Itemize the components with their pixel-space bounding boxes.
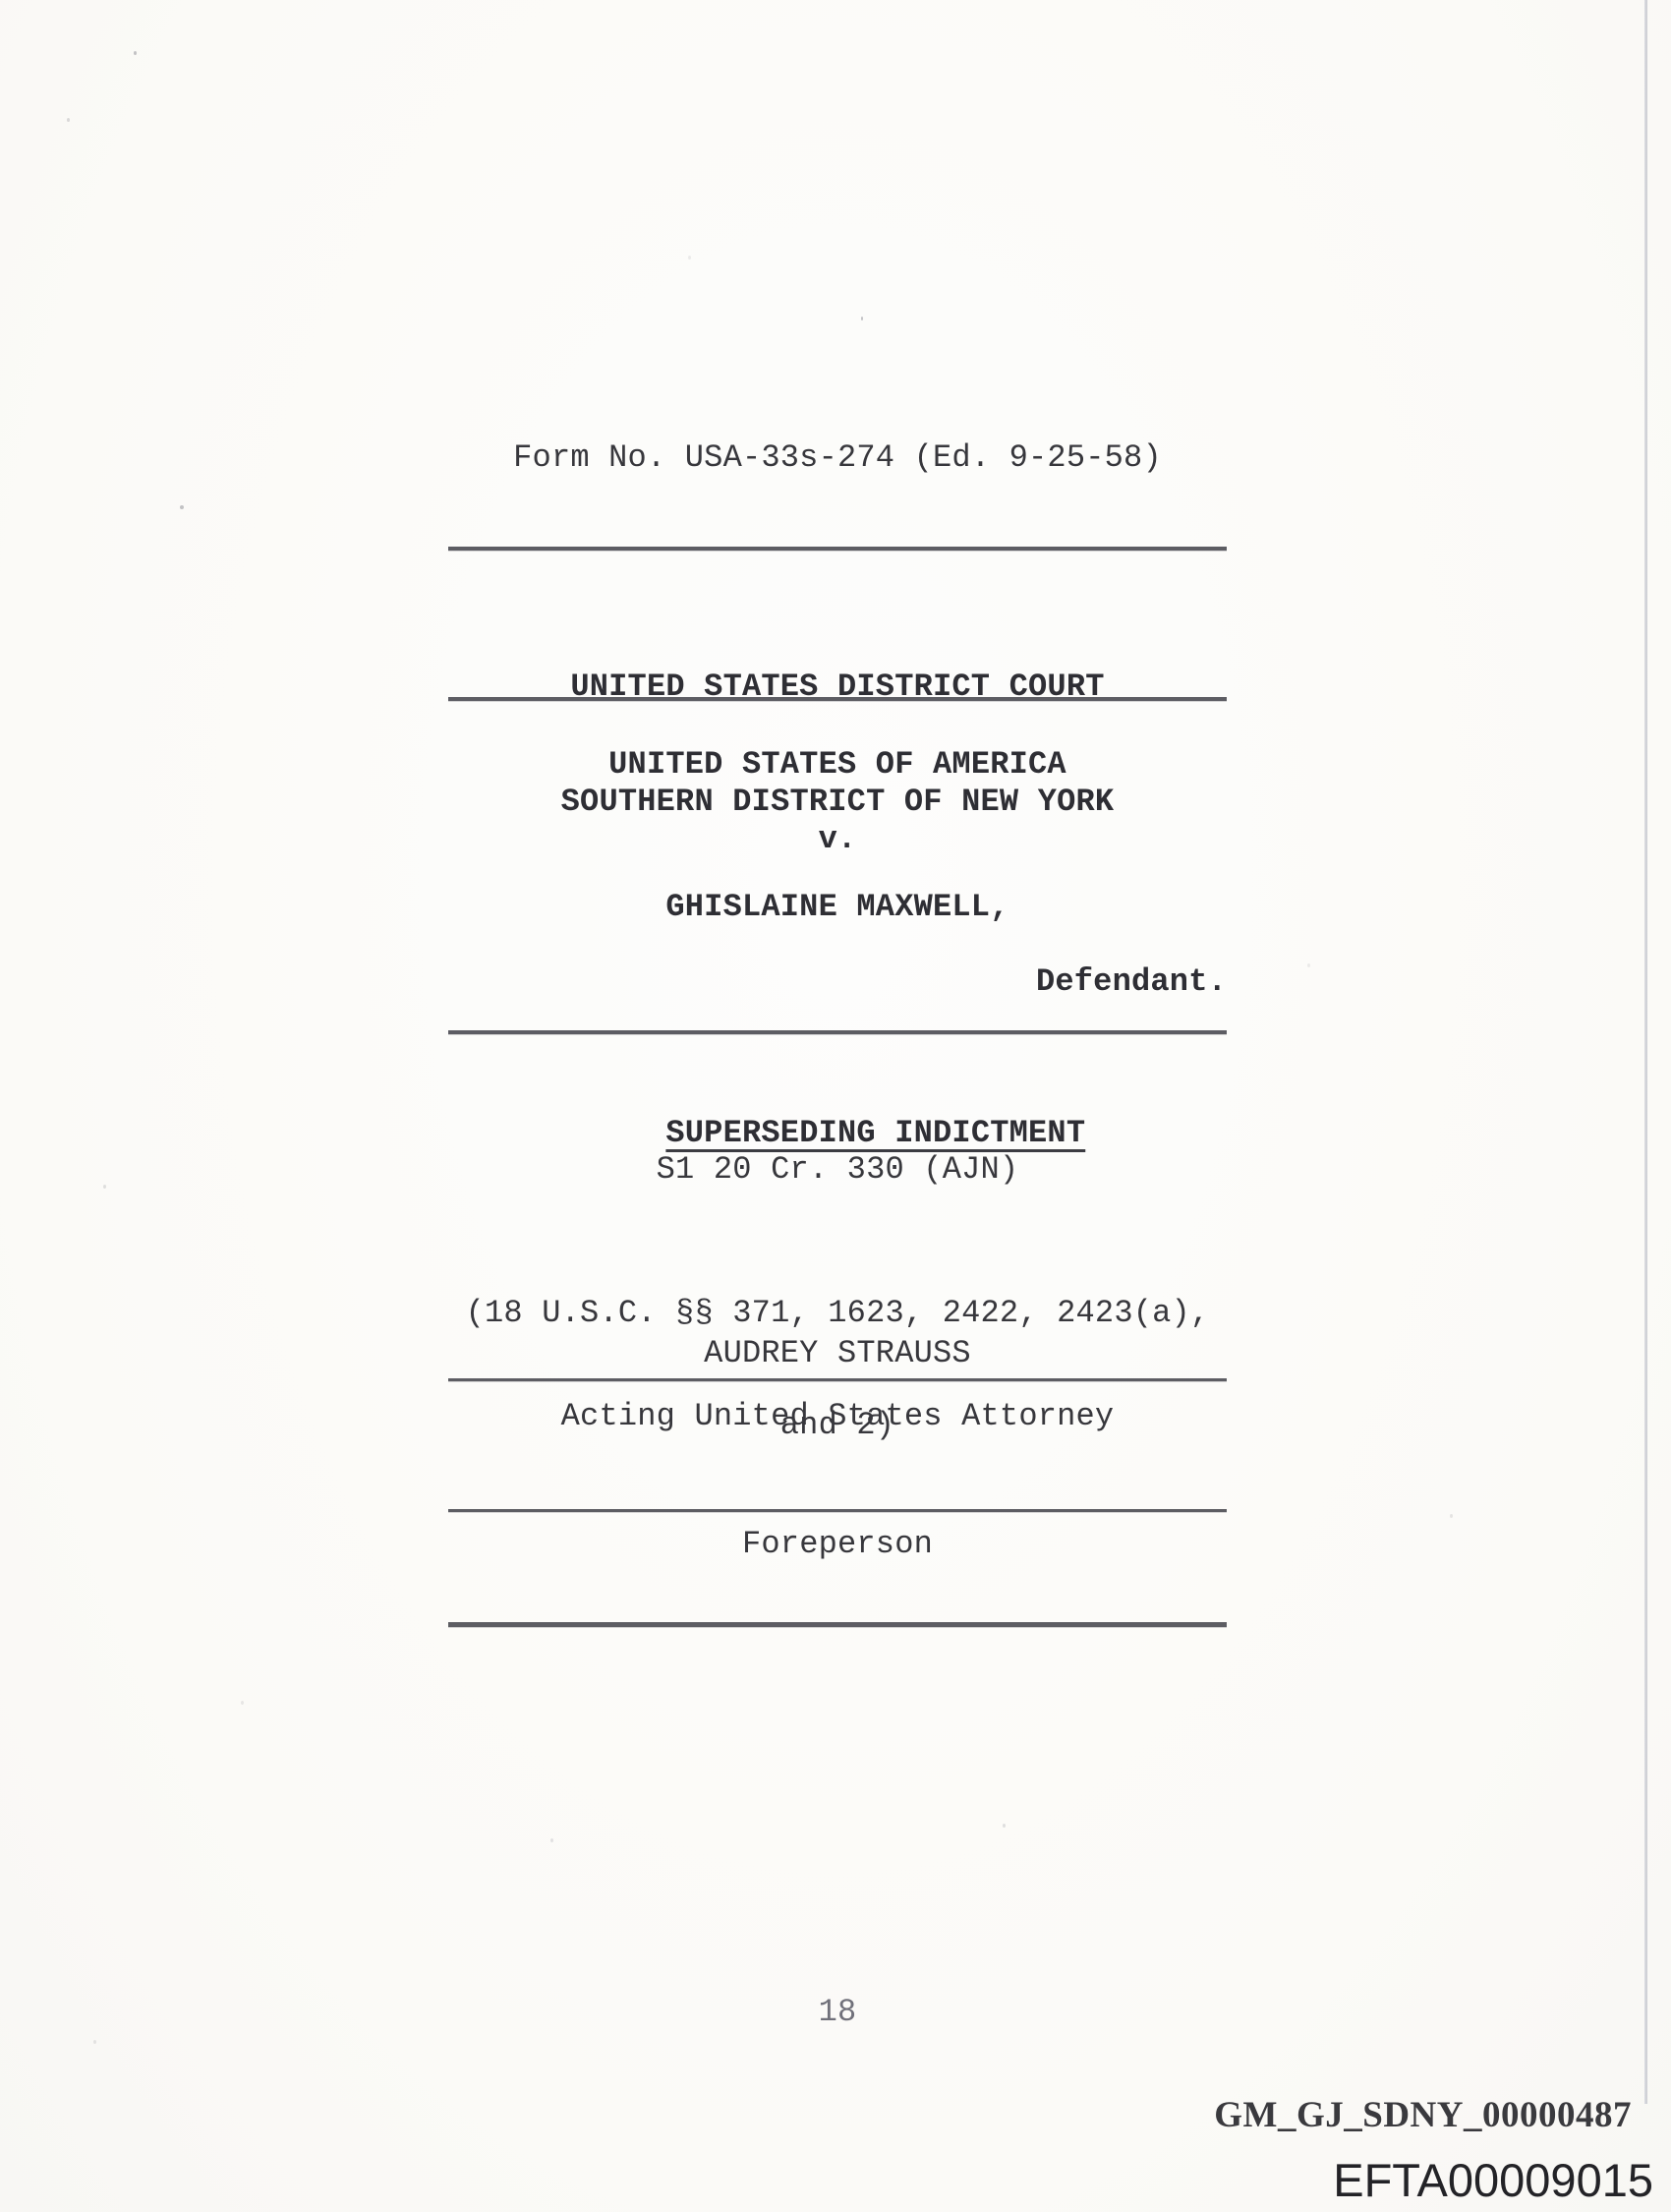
attorney-signature-line [448,1378,1227,1381]
rule-under-court-name [448,697,1227,701]
rule-under-caption [448,1030,1227,1034]
statutes-line-1: (18 U.S.C. §§ 371, 1623, 2422, 2423(a), [448,1295,1227,1332]
production-number: EFTA00009015 [1333,2153,1653,2207]
caption-defendant-name: GHISLAINE MAXWELL, [448,888,1227,926]
page-number: 18 [448,1993,1227,2031]
caption-versus: v. [448,820,1227,858]
caption-defendant-role: Defendant. [448,962,1227,1001]
docket-number: S1 20 Cr. 330 (AJN) [448,1150,1227,1189]
foreperson-signature-line [448,1509,1227,1512]
caption-plaintiff: UNITED STATES OF AMERICA [448,745,1227,784]
attorney-name: AUDREY STRAUSS [448,1334,1227,1372]
form-number-line: Form No. USA-33s-274 (Ed. 9-25-58) [448,438,1227,477]
foreperson-label: Foreperson [448,1525,1227,1563]
rule-bottom [448,1622,1227,1627]
scanned-document-page: Form No. USA-33s-274 (Ed. 9-25-58) UNITE… [0,0,1671,2212]
rule-top [448,547,1227,551]
page-edge-line [1644,0,1647,2104]
document-title: SUPERSEDING INDICTMENT [665,1114,1085,1152]
bates-number: GM_GJ_SDNY_00000487 [1214,2094,1632,2136]
attorney-title: Acting United States Attorney [448,1397,1227,1435]
court-name-line-2: SOUTHERN DISTRICT OF NEW YORK [448,783,1227,821]
